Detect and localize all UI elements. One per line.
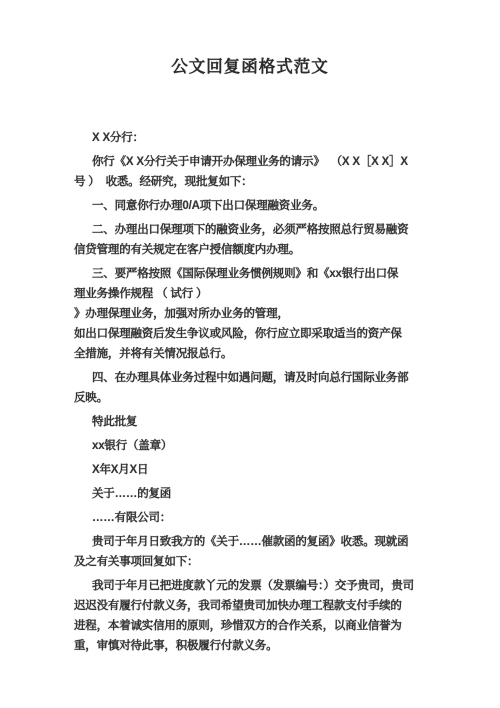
paragraph: xx银行（盖章） bbox=[74, 436, 430, 456]
paragraph: 我司于年月已把进度款丫元的发票（发票编号：）交予贵司，贵司迟迟没有履行付款义务，… bbox=[74, 576, 430, 656]
text-line: 四、在办理具体业务过程中如遇问题，请及时向总行国际业务部 bbox=[74, 368, 430, 388]
text-line: 特此批复 bbox=[74, 412, 430, 432]
text-line: ……有限公司： bbox=[74, 508, 430, 528]
document-title: 公文回复函格式范文 bbox=[0, 56, 500, 78]
text-line: 三、要严格按照《国际保理业务惯例规则》和《xx银行出口保 bbox=[74, 264, 430, 284]
text-line: 》办理保理业务，加强对所办业务的管理， bbox=[74, 304, 430, 324]
text-line: 你行《X X分行关于申请开办保理业务的请示》 （X X［X X］X bbox=[74, 152, 430, 172]
text-line: 理业务操作规程 （ 试行 ） bbox=[74, 284, 430, 304]
document-body: X X分行：你行《X X分行关于申请开办保理业务的请示》 （X X［X X］X号… bbox=[0, 128, 500, 656]
text-line: 重，审慎对待此事，积极履行付款义务。 bbox=[74, 636, 430, 656]
text-line: 进程，本着诚实信用的原则，珍惜双方的合作关系，以商业信誉为 bbox=[74, 616, 430, 636]
text-line: X年X月X日 bbox=[74, 460, 430, 480]
text-line: 一、同意你行办理0/A项下出口保理融资业务。 bbox=[74, 196, 430, 216]
text-line: xx银行（盖章） bbox=[74, 436, 430, 456]
text-line: 反映。 bbox=[74, 388, 430, 408]
text-line: 迟迟没有履行付款义务，我司希望贵司加快办理工程款支付手续的 bbox=[74, 596, 430, 616]
text-line: 信贷管理的有关规定在客户授信额度内办理。 bbox=[74, 240, 430, 260]
paragraph: 特此批复 bbox=[74, 412, 430, 432]
text-line: 二、办理出口保理项下的融资业务，必须严格按照总行贸易融资 bbox=[74, 220, 430, 240]
paragraph: 一、同意你行办理0/A项下出口保理融资业务。 bbox=[74, 196, 430, 216]
paragraph: 贵司于年月日致我方的《关于……催款函的复函》收悉。现就函及之有关事项回复如下： bbox=[74, 532, 430, 572]
paragraph: X X分行： bbox=[74, 128, 430, 148]
document-page: 公文回复函格式范文 X X分行：你行《X X分行关于申请开办保理业务的请示》 （… bbox=[0, 0, 500, 708]
paragraph: 二、办理出口保理项下的融资业务，必须严格按照总行贸易融资信贷管理的有关规定在客户… bbox=[74, 220, 430, 260]
text-line: X X分行： bbox=[74, 128, 430, 148]
text-line: 及之有关事项回复如下： bbox=[74, 552, 430, 572]
paragraph: 你行《X X分行关于申请开办保理业务的请示》 （X X［X X］X号 ） 收悉。… bbox=[74, 152, 430, 192]
text-line: 如出口保理融资后发生争议或风险，你行应立即采取适当的资产保 bbox=[74, 324, 430, 344]
text-line: 关于……的复函 bbox=[74, 484, 430, 504]
paragraph: 四、在办理具体业务过程中如遇问题，请及时向总行国际业务部反映。 bbox=[74, 368, 430, 408]
paragraph: ……有限公司： bbox=[74, 508, 430, 528]
paragraph: X年X月X日 bbox=[74, 460, 430, 480]
paragraph: 关于……的复函 bbox=[74, 484, 430, 504]
paragraph: 三、要严格按照《国际保理业务惯例规则》和《xx银行出口保理业务操作规程 （ 试行… bbox=[74, 264, 430, 364]
text-line: 贵司于年月日致我方的《关于……催款函的复函》收悉。现就函 bbox=[74, 532, 430, 552]
text-line: 我司于年月已把进度款丫元的发票（发票编号：）交予贵司，贵司 bbox=[74, 576, 430, 596]
text-line: 号 ） 收悉。经研究，现批复如下： bbox=[74, 172, 430, 192]
text-line: 全措施，并将有关情况报总行。 bbox=[74, 344, 430, 364]
